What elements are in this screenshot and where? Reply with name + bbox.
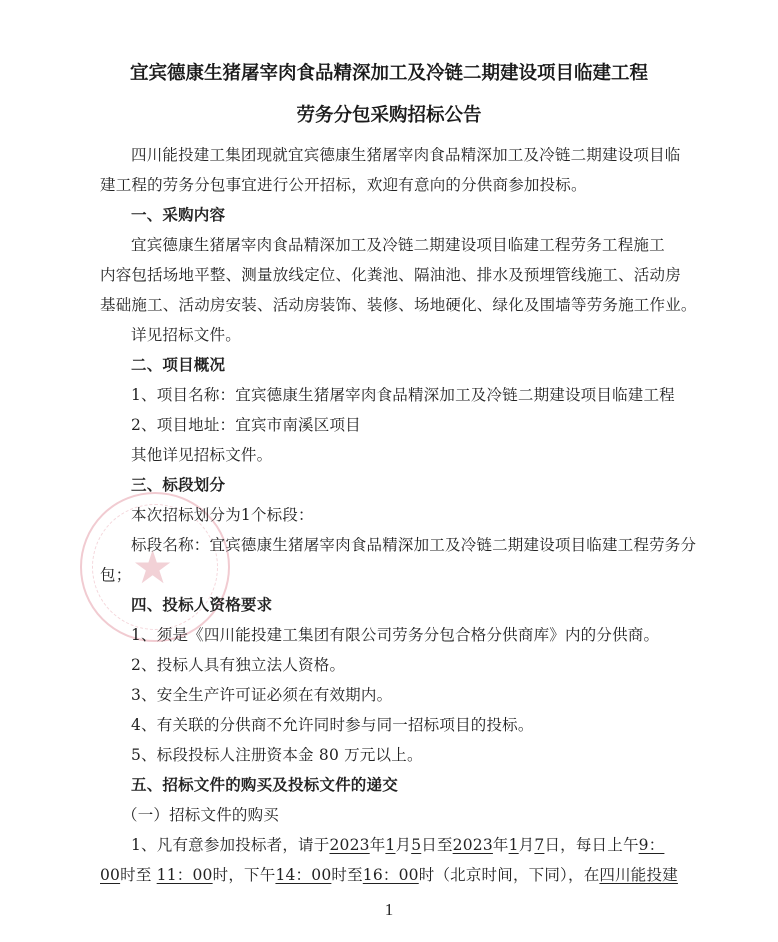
section1-note: 详见招标文件。 (131, 325, 241, 345)
section4-item3: 3、安全生产许可证必须在有效期内。 (131, 685, 392, 705)
section2-heading: 二、项目概况 (131, 355, 225, 375)
section4-heading: 四、投标人资格要求 (131, 595, 272, 615)
para1-text-d: 日至 (421, 836, 452, 854)
section3-line3: 包； (100, 565, 131, 585)
para1-text-e: 年 (493, 836, 509, 854)
end-day: 7 (534, 836, 544, 854)
section5-sub1: （一）招标文件的购买 (122, 805, 279, 825)
para1-text-h: 时至 (120, 866, 151, 884)
am-end-time: 11：00 (157, 866, 213, 884)
para1-text-a: 1、凡有意参加投标者，请于 (131, 836, 329, 854)
section4-item5: 5、标段投标人注册资本金 80 万元以上。 (131, 745, 423, 765)
para1-text-f: 月 (519, 836, 535, 854)
document-title-line2: 劳务分包采购招标公告 (0, 104, 778, 128)
section1-body-line3: 基础施工、活动房安装、活动房装饰、装修、场地硬化、绿化及围墙等劳务施工作业。 (100, 295, 697, 315)
start-year: 2023 (329, 836, 369, 854)
para1-text-j: 时至 (331, 866, 362, 884)
end-month: 1 (509, 836, 519, 854)
para1-text-k: 时（北京时间，下同），在 (419, 866, 600, 884)
intro-line1: 四川能投建工集团现就宜宾德康生猪屠宰肉食品精深加工及冷链二期建设项目临 (131, 145, 681, 165)
section4-item4: 4、有关联的分供商不允许同时参与同一招标项目的投标。 (131, 715, 534, 735)
para1-text-b: 年 (370, 836, 386, 854)
section4-item2: 2、投标人具有独立法人资格。 (131, 655, 345, 675)
am-start-minute: 00 (100, 866, 120, 884)
document-title-line1: 宜宾德康生猪屠宰肉食品精深加工及冷链二期建设项目临建工程 (0, 62, 778, 86)
section2-note: 其他详见招标文件。 (131, 445, 272, 465)
section1-heading: 一、采购内容 (131, 205, 225, 225)
section2-item2: 2、项目地址：宜宾市南溪区项目 (131, 415, 361, 435)
pm-start-time: 14：00 (275, 866, 331, 884)
section5-para1-line2: 00时至 11：00时，下午14：00时至16：00时（北京时间，下同），在四川… (100, 865, 678, 885)
intro-line2: 建工程的劳务分包事宜进行公开招标，欢迎有意向的分供商参加投标。 (100, 175, 587, 195)
section3-line2: 标段名称：宜宾德康生猪屠宰肉食品精深加工及冷链二期建设项目临建工程劳务分 (131, 535, 696, 555)
purchase-location: 四川能投建 (599, 866, 678, 884)
section1-body-line1: 宜宾德康生猪屠宰肉食品精深加工及冷链二期建设项目临建工程劳务工程施工 (131, 235, 665, 255)
end-year: 2023 (453, 836, 493, 854)
para1-text-g: 日，每日上午 (544, 836, 638, 854)
para1-text-i: 时，下午 (213, 866, 276, 884)
section5-heading: 五、招标文件的购买及投标文件的递交 (131, 775, 398, 795)
section2-item1: 1、项目名称：宜宾德康生猪屠宰肉食品精深加工及冷链二期建设项目临建工程 (131, 385, 675, 405)
am-start-hour: 9： (639, 836, 665, 854)
pm-end-time: 16：00 (363, 866, 419, 884)
document-page: ★ 宜宾德康生猪屠宰肉食品精深加工及冷链二期建设项目临建工程 劳务分包采购招标公… (0, 0, 778, 942)
section4-item1: 1、须是《四川能投建工集团有限公司劳务分包合格分供商库》内的分供商。 (131, 625, 659, 645)
page-number: 1 (0, 900, 778, 920)
start-month: 1 (385, 836, 395, 854)
section3-heading: 三、标段划分 (131, 475, 225, 495)
para1-text-c: 月 (395, 836, 411, 854)
start-day: 5 (411, 836, 421, 854)
section3-line1: 本次招标划分为1个标段： (131, 505, 314, 525)
section1-body-line2: 内容包括场地平整、测量放线定位、化粪池、隔油池、排水及预埋管线施工、活动房 (100, 265, 681, 285)
section5-para1-line1: 1、凡有意参加投标者，请于2023年1月5日至2023年1月7日，每日上午9： (131, 835, 664, 855)
